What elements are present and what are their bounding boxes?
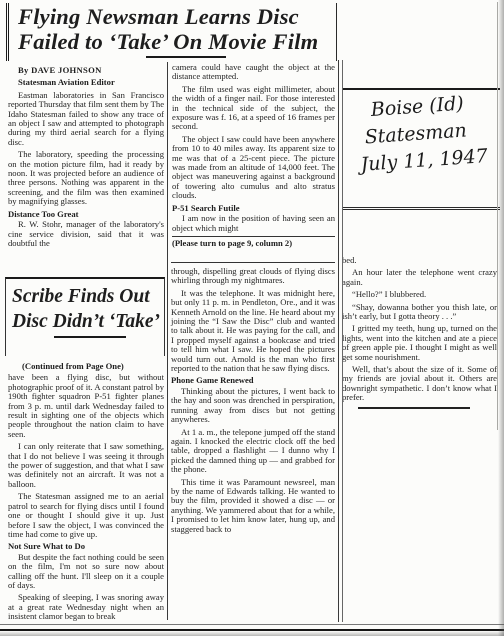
article1-col1-paragraph-2: The laboratory, speeding the processing … xyxy=(8,150,164,206)
article2-headline-line1: Scribe Finds Out xyxy=(12,284,164,309)
article2-col3-paragraph-2: An hour later the telephone went crazy a… xyxy=(342,268,497,287)
scan-shadow-right xyxy=(498,0,504,636)
article1-col2-paragraph-2: The film used was eight millimeter, abou… xyxy=(172,85,335,132)
scan-shadow-bottom xyxy=(0,631,504,636)
article2-col2-paragraph-3: Thinking about the pictures, I went back… xyxy=(171,387,335,425)
handwritten-note-box: Boise (Id) Statesman July 11, 1947 xyxy=(342,88,500,210)
article2-col3-paragraph-6: Well, that’s about the size of it. Some … xyxy=(342,365,497,403)
article-end-rule xyxy=(358,407,470,409)
article2-col3-paragraph-4: “Shay, dowanna bother you thish late, or… xyxy=(342,303,497,322)
article2-col2-paragraph-2: It was the telephone. It was midnight he… xyxy=(171,289,335,374)
article2-col1-paragraph-5: Speaking of sleeping, I was snoring away… xyxy=(8,593,164,621)
article1-headline-line1: Flying Newsman Learns Disc xyxy=(18,4,336,29)
article2-headline-line2: Disc Didn’t ‘Take’ xyxy=(12,309,164,334)
article2-column2: through, dispelling great clouds of flyi… xyxy=(171,262,335,537)
article1-headline-box: Flying Newsman Learns Disc Failed to ‘Ta… xyxy=(6,3,337,61)
article2-col1-paragraph-1: have been a flying disc, but without pho… xyxy=(8,373,164,439)
article2-headline-box: Scribe Finds Out Disc Didn’t ‘Take’ xyxy=(5,277,165,356)
continued-from-line: (Continued from Page One) xyxy=(8,362,164,371)
article2-col1-paragraph-4: But despite the fact nothing could be se… xyxy=(8,553,164,591)
byline-title: Statesman Aviation Editor xyxy=(8,78,164,87)
article1-col2-paragraph-1: camera could have caught the object at t… xyxy=(172,63,335,82)
byline: By DAVE JOHNSON xyxy=(8,66,164,75)
article1-col1-paragraph-3: R. W. Stohr, manager of the laboratory's… xyxy=(8,220,164,248)
column-divider-2-3-outer xyxy=(338,60,339,622)
article1-col1-paragraph-1: Eastman laboratories in San Francisco re… xyxy=(8,91,164,147)
handwritten-note: Boise (Id) Statesman July 11, 1947 xyxy=(356,88,504,179)
article2-col1-paragraph-2: I can only reiterate that I saw somethin… xyxy=(8,442,164,489)
article1-column2: camera could have caught the object at t… xyxy=(172,63,335,251)
column-divider-2-3-inner xyxy=(342,60,343,622)
article2-col2-paragraph-1: through, dispelling great clouds of flyi… xyxy=(171,267,335,286)
article2-headline-underline-rule xyxy=(54,336,126,338)
headline-underline-rule xyxy=(146,56,226,58)
article2-column3: bed. An hour later the telephone went cr… xyxy=(342,256,497,409)
subhead-p51-search-futile: P-51 Search Futile xyxy=(172,204,335,213)
column-divider-1-2 xyxy=(167,62,168,620)
subhead-distance-too-great: Distance Too Great xyxy=(8,210,164,219)
article2-column1: (Continued from Page One) have been a fl… xyxy=(8,362,164,625)
article2-col2-paragraph-5: This time it was Paramount newsreel, man… xyxy=(171,478,335,534)
article2-col3-paragraph-3: “Hello?” I blubbered. xyxy=(342,290,497,299)
subhead-phone-game-renewed: Phone Game Renewed xyxy=(171,376,335,385)
article2-col1-paragraph-3: The Statesman assigned me to an aerial p… xyxy=(8,492,164,539)
article2-col3-paragraph-5: I gritted my teeth, hung up, turned on t… xyxy=(342,324,497,362)
article2-col2-paragraph-4: At 1 a. m., the telepone jumped off the … xyxy=(171,428,335,475)
article1-col2-paragraph-3: The object I saw could have been anywher… xyxy=(172,135,335,201)
subhead-not-sure-what-to-do: Not Sure What to Do xyxy=(8,542,164,551)
newspaper-clipping-scan: Flying Newsman Learns Disc Failed to ‘Ta… xyxy=(0,0,504,636)
article1-col2-paragraph-4: I am now in the position of having seen … xyxy=(172,214,335,233)
article1-column1: By DAVE JOHNSON Statesman Aviation Edito… xyxy=(8,66,164,251)
bottom-double-rule xyxy=(0,624,504,631)
turn-to-page-line: (Please turn to page 9, column 2) xyxy=(172,236,335,248)
article1-headline-line2: Failed to ‘Take’ On Movie Film xyxy=(18,29,336,54)
article2-col3-paragraph-1: bed. xyxy=(342,256,497,265)
